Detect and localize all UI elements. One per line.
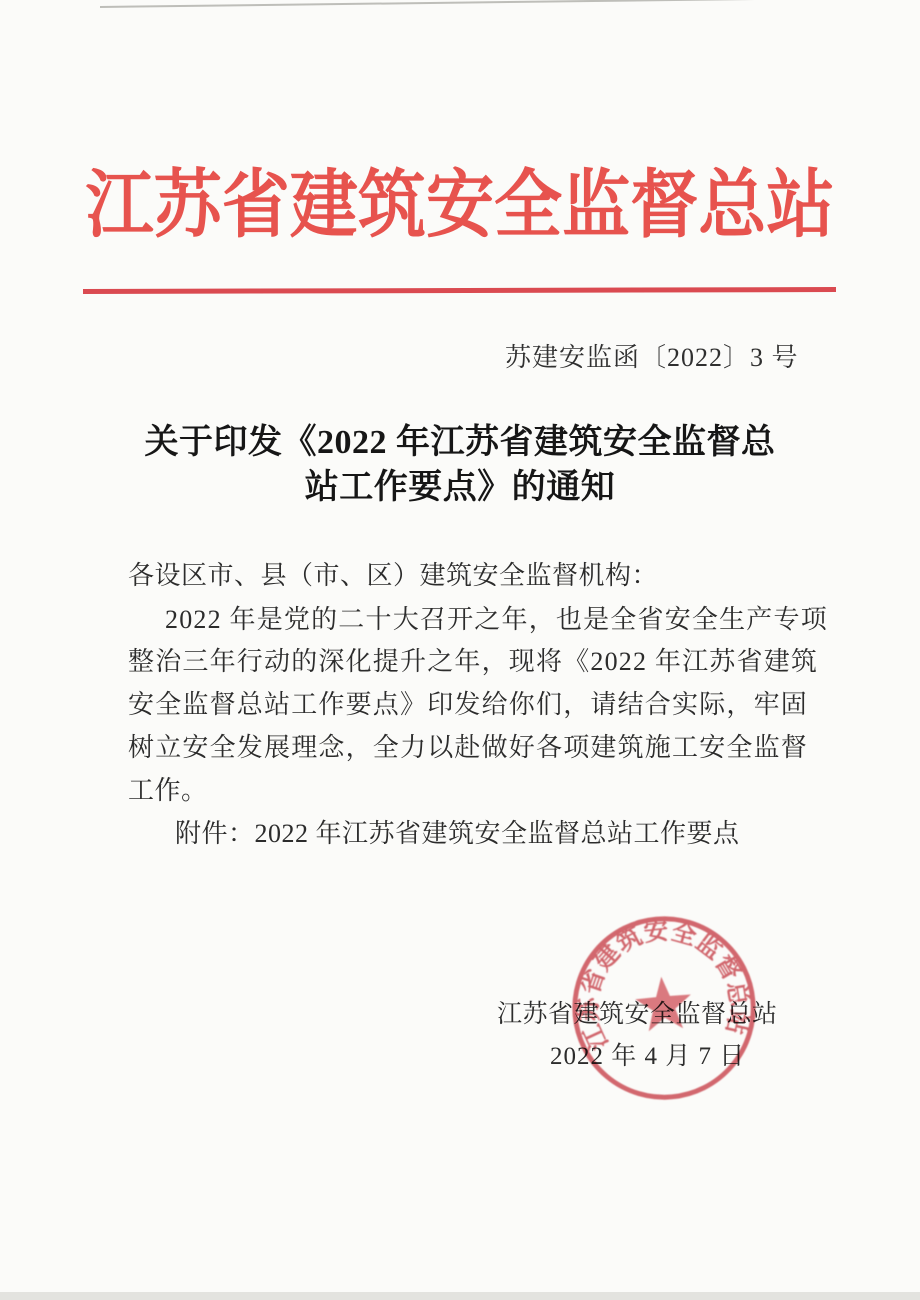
body-paragraph-line: 树立安全发展理念，全力以赴做好各项建筑施工安全监督 <box>128 732 808 764</box>
official-seal-graphic: 江苏省建筑安全监督总站 <box>558 902 770 1114</box>
body-paragraph-line: 整治三年行动的深化提升之年，现将《2022 年江苏省建筑 <box>128 646 818 678</box>
letterhead-org-title: 江苏省建筑安全监督总站 <box>37 166 883 246</box>
notice-title-line2: 站工作要点》的通知 <box>110 465 810 510</box>
attachment-line: 附件：2022 年江苏省建筑安全监督总站工作要点 <box>175 818 740 850</box>
letterhead-red-rule <box>83 287 836 294</box>
official-seal: 江苏省建筑安全监督总站 <box>558 902 770 1114</box>
notice-title: 关于印发《2022 年江苏省建筑安全监督总 站工作要点》的通知 <box>110 420 810 510</box>
body-paragraph-line: 2022 年是党的二十大召开之年，也是全省安全生产专项 <box>165 604 828 636</box>
document-number: 苏建安监函〔2022〕3 号 <box>505 342 799 374</box>
body-paragraph-line: 安全监督总站工作要点》印发给你们，请结合实际，牢固 <box>128 689 808 721</box>
notice-title-line1: 关于印发《2022 年江苏省建筑安全监督总 <box>110 420 810 465</box>
body-paragraph-line: 工作。 <box>128 775 208 807</box>
star-icon <box>633 974 693 1032</box>
scanned-document-page: 江苏省建筑安全监督总站 苏建安监函〔2022〕3 号 关于印发《2022 年江苏… <box>0 0 920 1300</box>
scan-edge-artifact-top <box>100 0 920 8</box>
scan-edge-artifact-bottom <box>0 1292 920 1300</box>
salutation-line: 各设区市、县（市、区）建筑安全监督机构： <box>128 560 658 592</box>
